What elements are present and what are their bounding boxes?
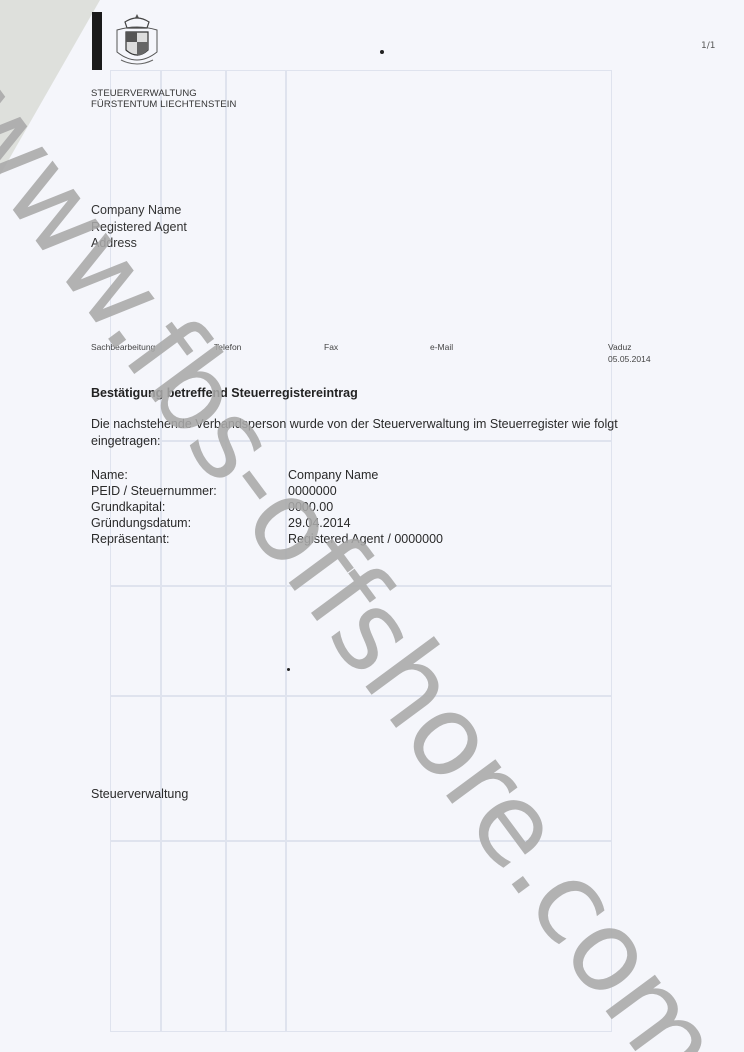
authority-name: STEUERVERWALTUNG FÜRSTENTUM LIECHTENSTEI… (91, 88, 236, 110)
bleed-line (225, 70, 227, 1032)
letterhead-bar (92, 12, 102, 70)
meta-place: Vaduz (608, 342, 631, 352)
meta-email: e-Mail (430, 342, 453, 352)
coat-of-arms-icon (113, 12, 161, 70)
authority-line-1: STEUERVERWALTUNG (91, 88, 236, 99)
signature: Steuerverwaltung (91, 787, 188, 801)
authority-line-2: FÜRSTENTUM LIECHTENSTEIN (91, 99, 236, 110)
document-page: STEUERVERWALTUNG FÜRSTENTUM LIECHTENSTEI… (0, 0, 744, 1052)
speck (380, 50, 384, 54)
page-number: 1/1 (701, 41, 715, 51)
meta-date: 05.05.2014 (608, 354, 651, 364)
meta-fax: Fax (324, 342, 338, 352)
speck (287, 668, 290, 671)
